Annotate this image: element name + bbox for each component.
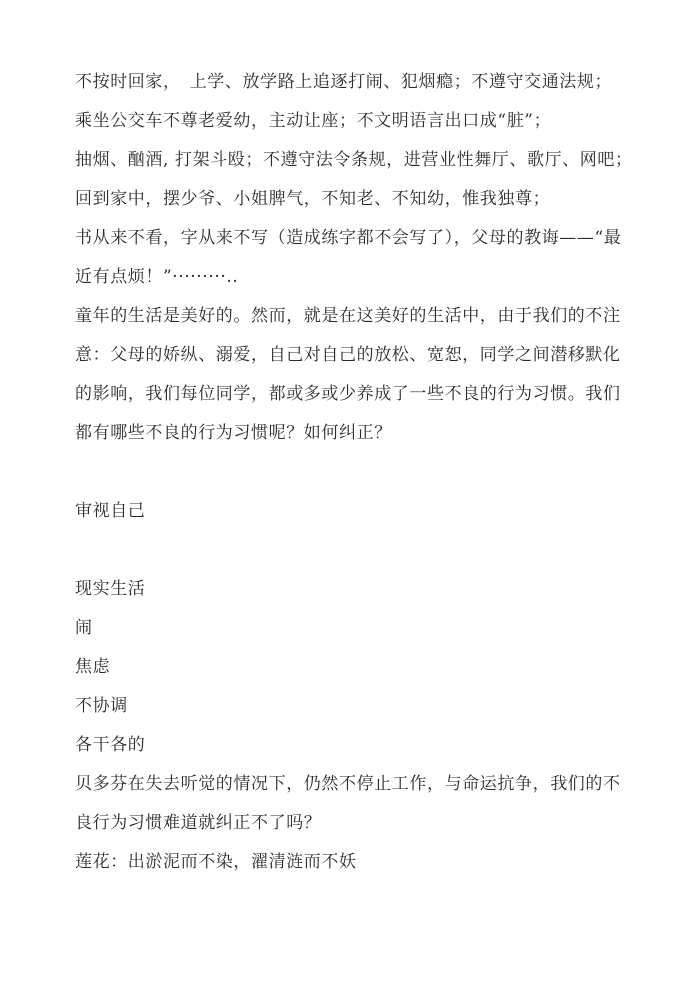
blank-line xyxy=(75,531,655,570)
text-line: 的影响，我们每位同学，都或多或少养成了一些不良的行为习惯。我们 xyxy=(75,375,655,414)
text-line: 回到家中，摆少爷、小姐脾气，不知老、不知幼，惟我独尊； xyxy=(75,180,655,219)
document-text-block: 不按时回家， 上学、放学路上追逐打闹、犯烟瘾；不遵守交通法规； 乘坐公交车不尊老… xyxy=(75,63,655,882)
text-line: 近有点烦！”·········.. xyxy=(75,258,655,297)
text-line: 不按时回家， 上学、放学路上追逐打闹、犯烟瘾；不遵守交通法规； xyxy=(75,63,655,102)
section-heading: 审视自己 xyxy=(75,492,655,531)
text-line: 都有哪些不良的行为习惯呢？如何纠正？ xyxy=(75,414,655,453)
list-item: 各干各的 xyxy=(75,726,655,765)
text-line: 莲花：出淤泥而不染，濯清涟而不妖 xyxy=(75,843,655,882)
list-item: 闹 xyxy=(75,609,655,648)
text-line: 贝多芬在失去听觉的情况下，仍然不停止工作，与命运抗争，我们的不 xyxy=(75,765,655,804)
text-line: 良行为习惯难道就纠正不了吗？ xyxy=(75,804,655,843)
blank-line xyxy=(75,453,655,492)
list-item: 焦虑 xyxy=(75,648,655,687)
text-line: 抽烟、酗酒, 打架斗殴；不遵守法令条规，进营业性舞厅、歌厅、网吧； xyxy=(75,141,655,180)
text-line: 书从来不看，字从来不写（造成练字都不会写了），父母的教诲——“最 xyxy=(75,219,655,258)
text-line: 乘坐公交车不尊老爱幼，主动让座；不文明语言出口成“脏”； xyxy=(75,102,655,141)
section-heading: 现实生活 xyxy=(75,570,655,609)
text-line: 意：父母的娇纵、溺爱，自己对自己的放松、宽恕，同学之间潜移默化 xyxy=(75,336,655,375)
text-line: 童年的生活是美好的。然而，就是在这美好的生活中，由于我们的不注 xyxy=(75,297,655,336)
document-page: 不按时回家， 上学、放学路上追逐打闹、犯烟瘾；不遵守交通法规； 乘坐公交车不尊老… xyxy=(0,0,695,982)
list-item: 不协调 xyxy=(75,687,655,726)
